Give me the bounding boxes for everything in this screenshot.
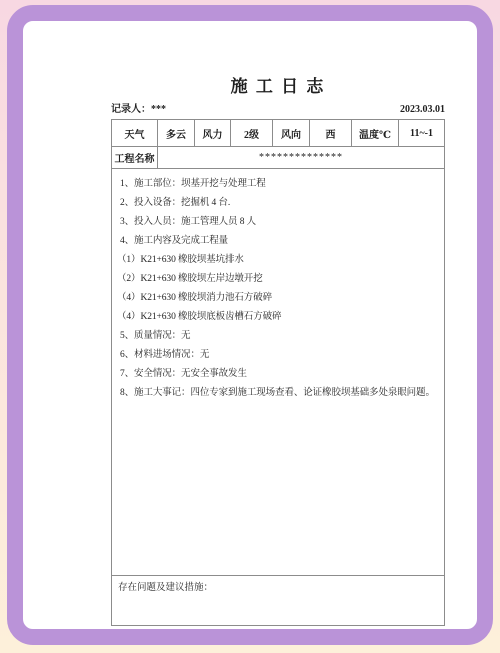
weather-row: 天气 多云 风力 2级 风向 西 温度℃ 11~-1 [112, 120, 444, 147]
page-background: { "colors": { "frame_purple": "#ba93d8",… [0, 0, 500, 653]
wind-force-label-cell: 风力 [195, 120, 231, 146]
project-name-value-cell: ************** [158, 147, 444, 168]
project-name-row: 工程名称 ************** [112, 147, 444, 169]
wind-force-value-cell: 2级 [231, 120, 273, 146]
document-body: 施 工 日 志 记录人：*** 2023.03.01 天气 多云 风力 2级 风… [111, 77, 445, 626]
problems-row: 存在问题及建议措施： [112, 576, 444, 625]
page-title: 施 工 日 志 [111, 77, 445, 97]
temperature-label-cell: 温度℃ [352, 120, 399, 146]
log-sub-entry: （4）K21+630 橡胶坝消力池石方破碎 [117, 289, 435, 308]
problems-label: 存在问题及建议措施： [112, 576, 219, 625]
recorder-label: 记录人：*** [111, 103, 166, 117]
weather-label-cell: 天气 [112, 120, 158, 146]
project-name-label-cell: 工程名称 [112, 147, 158, 168]
log-entry: 8、施工大事记：四位专家到施工现场查看、论证橡胶坝基础多处泉眼问题。 [117, 384, 435, 403]
log-entry: 2、投入设备：挖掘机 4 台. [117, 194, 435, 213]
date-label: 2023.03.01 [400, 103, 445, 117]
log-entry: 5、质量情况：无 [117, 327, 435, 346]
log-sub-entry: （4）K21+630 橡胶坝底板齿槽石方破碎 [117, 308, 435, 327]
log-entry: 1、施工部位：坝基开挖与处理工程 [117, 175, 435, 194]
log-sub-entry: （1）K21+630 橡胶坝基坑排水 [117, 251, 435, 270]
log-entry: 4、施工内容及完成工程量 [117, 232, 435, 251]
log-entries-row: 1、施工部位：坝基开挖与处理工程 2、投入设备：挖掘机 4 台. 3、投入人员：… [112, 169, 444, 576]
wind-direction-value-cell: 西 [310, 120, 352, 146]
log-sub-entry: （2）K21+630 橡胶坝左岸边墩开挖 [117, 270, 435, 289]
wind-direction-label-cell: 风向 [273, 120, 310, 146]
log-entries-cell: 1、施工部位：坝基开挖与处理工程 2、投入设备：挖掘机 4 台. 3、投入人员：… [112, 169, 441, 575]
log-entry: 3、投入人员：施工管理人员 8 人 [117, 213, 435, 232]
log-table: 天气 多云 风力 2级 风向 西 温度℃ 11~-1 工程名称 ********… [111, 119, 445, 626]
meta-row: 记录人：*** 2023.03.01 [111, 103, 445, 117]
weather-value-cell: 多云 [158, 120, 195, 146]
log-entry: 7、安全情况：无安全事故发生 [117, 365, 435, 384]
decorative-purple-frame: 施 工 日 志 记录人：*** 2023.03.01 天气 多云 风力 2级 风… [7, 5, 493, 645]
temperature-value-cell: 11~-1 [399, 120, 444, 146]
log-entry: 6、材料进场情况：无 [117, 346, 435, 365]
